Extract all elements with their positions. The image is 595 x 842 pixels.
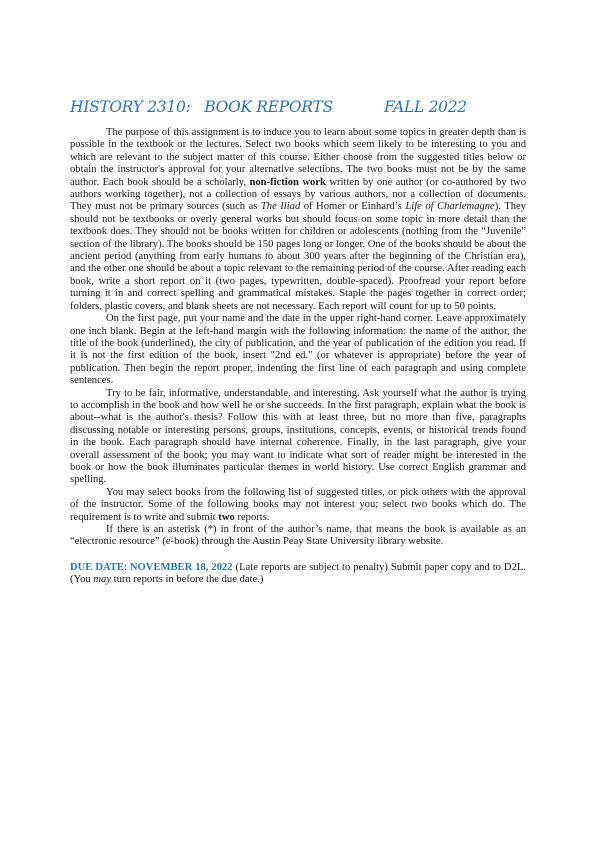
emphasis-nonfiction: non-fiction work xyxy=(249,177,325,188)
term-label: FALL 2022 xyxy=(384,98,467,116)
paragraph-selection: You may select books from the following … xyxy=(70,487,526,524)
paragraph-format: On the first page, put your name and the… xyxy=(70,313,526,387)
book-title-charlemagne: Life of Charlemagne xyxy=(405,201,494,212)
paragraph-content: Try to be fair, informative, understanda… xyxy=(70,388,526,487)
book-title-iliad: The Iliad xyxy=(261,201,300,212)
due-date-label: DUE DATE xyxy=(70,562,124,573)
text-run: reports. xyxy=(235,512,270,523)
text-run: You may select books from the following … xyxy=(70,487,526,523)
emphasis-two: two xyxy=(218,512,234,523)
instructions-body: The purpose of this assignment is to ind… xyxy=(70,127,526,549)
text-run: ). They should not be textbooks or overl… xyxy=(70,201,526,311)
due-date-section: DUE DATE: NOVEMBER 18, 2022 (Late report… xyxy=(70,562,526,587)
paragraph-ebook-note: If there is an asterisk (*) in front of … xyxy=(70,524,526,549)
emphasis-may: may xyxy=(93,574,111,585)
paragraph-purpose: The purpose of this assignment is to ind… xyxy=(70,127,526,313)
document-page: HISTORY 2310: BOOK REPORTS FALL 2022 The… xyxy=(70,96,526,587)
due-note: turn reports in before the due date.) xyxy=(111,574,263,585)
course-title: HISTORY 2310: BOOK REPORTS xyxy=(70,98,333,116)
document-heading: HISTORY 2310: BOOK REPORTS FALL 2022 xyxy=(70,96,526,120)
due-date-value: NOVEMBER 18, 2022 xyxy=(130,562,233,573)
text-run: of Homer or Einhard’s xyxy=(300,201,405,212)
